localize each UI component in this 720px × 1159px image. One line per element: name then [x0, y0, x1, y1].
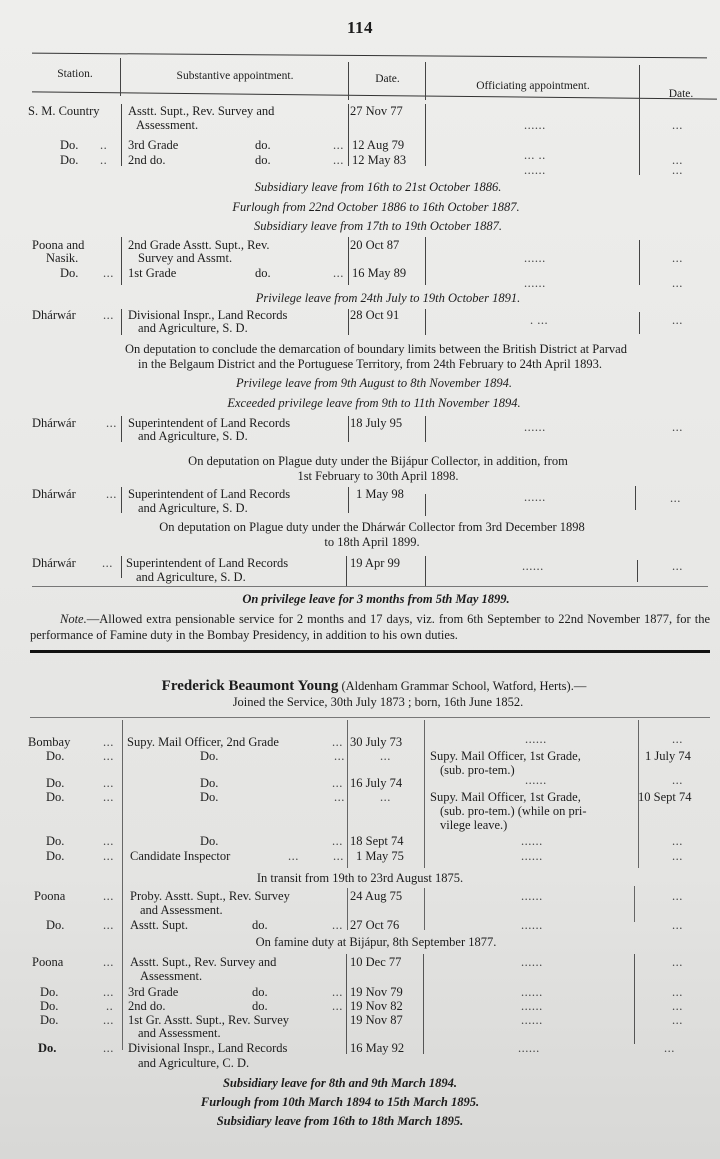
- document-page: 114 Station. Substantive appointment. Da…: [0, 0, 720, 1159]
- station-cell: Do.: [46, 849, 64, 864]
- off-date-cell: ...: [672, 918, 683, 933]
- officer-school: (Aldenham Grammar School, Watford, Herts…: [341, 679, 586, 693]
- officiating-cell: ......: [524, 163, 546, 178]
- substantive-cont: Assessment.: [136, 118, 198, 133]
- station-cell: Do.: [46, 918, 64, 933]
- ditto: Do.: [200, 749, 218, 764]
- date-cell: 19 Apr 99: [350, 556, 425, 571]
- ditto: do.: [252, 999, 268, 1014]
- substantive-cell: Asstt. Supt., Rev. Survey and: [130, 955, 350, 970]
- station-cont: Nasik.: [46, 251, 78, 266]
- off-date-cell: ...: [672, 985, 683, 1000]
- leave-line: Subsidiary leave from 16th to 18th March…: [0, 1114, 700, 1129]
- substantive-cont: and Agriculture, S. D.: [138, 321, 248, 336]
- substantive-cell: Asstt. Supt., Rev. Survey and: [128, 104, 348, 119]
- col-divider: [348, 62, 349, 100]
- rule: [30, 717, 710, 718]
- header-station: Station.: [30, 68, 120, 80]
- station-cell: Poona: [34, 889, 65, 904]
- date-cell: 16 July 74: [350, 776, 425, 791]
- col-divider: [425, 62, 426, 100]
- table-row-cont: and Agriculture, S. D.: [0, 321, 720, 336]
- substantive-cont: and Agriculture, S. D.: [136, 570, 246, 585]
- officiating-cell: ......: [521, 985, 543, 1000]
- note-paragraph: Note.—Allowed extra pensionable service …: [30, 611, 710, 643]
- officer-bio: Frederick Beaumont Young (Aldenham Gramm…: [14, 678, 720, 695]
- ditto: Do.: [200, 834, 218, 849]
- date-cell: ...: [380, 790, 391, 805]
- table-row-cont: Assessment.: [0, 969, 720, 984]
- table-row: Do. ... Do. ... ... Supy. Mail Officer, …: [0, 790, 720, 805]
- rule: [32, 586, 708, 587]
- table-row: Poona ... Proby. Asstt. Supt., Rev. Surv…: [0, 889, 720, 904]
- officiating-cell: Supy. Mail Officer, 1st Grade,: [430, 749, 581, 764]
- off-date-cell: ...: [672, 163, 683, 178]
- table-row-cont: and Assessment.: [0, 1026, 720, 1041]
- station-cell: Do.: [46, 790, 64, 805]
- header-top-rule: [32, 53, 707, 59]
- leader-dots: ...: [103, 849, 114, 864]
- table-row-cont: and Agriculture, C. D.: [0, 1056, 720, 1071]
- station-cell: Do.: [38, 1041, 56, 1056]
- station-cell: Bombay: [28, 735, 70, 750]
- header-officiating: Officiating appointment.: [428, 80, 638, 92]
- station-cell: Do.: [46, 749, 64, 764]
- leader-dots: ...: [333, 849, 344, 864]
- officiating-cont: vilege leave.): [440, 818, 507, 833]
- table-row-cont: vilege leave.): [0, 818, 720, 833]
- station-cell: Do.: [40, 999, 58, 1014]
- substantive-cont: and Agriculture, S. D.: [138, 501, 248, 516]
- officiating-cell: ......: [521, 999, 543, 1014]
- leader-dots: ...: [103, 1041, 114, 1056]
- officer-name: Frederick Beaumont Young: [162, 678, 339, 694]
- officiating-cell: ......: [525, 732, 547, 747]
- leader-dots: ...: [334, 790, 345, 805]
- table-row: Do. ... Divisional Inspr., Land Records …: [0, 1041, 720, 1056]
- date-cell: ...: [380, 749, 391, 764]
- substantive-cont: and Agriculture, S. D.: [138, 429, 248, 444]
- station-cell: Do.: [46, 776, 64, 791]
- table-row: Do. .. 2nd do. do. ... 19 Nov 82 ...... …: [0, 999, 720, 1014]
- officiating-cell: Supy. Mail Officer, 1st Grade,: [430, 790, 581, 805]
- leader-dots: ...: [103, 749, 114, 764]
- section-separator: [30, 650, 710, 653]
- officiating-cell: ......: [525, 773, 547, 788]
- leave-line: Exceeded privilege leave from 9th to 11t…: [14, 396, 720, 411]
- table-row-cont: Assessment. ...... ...: [0, 118, 720, 133]
- ditto: do.: [252, 918, 268, 933]
- date-cell: 10 Dec 77: [350, 955, 425, 970]
- leader-dots: ...: [103, 889, 114, 904]
- leader-dots: ...: [106, 487, 117, 502]
- leave-line: Subsidiary leave from 17th to 19th Octob…: [18, 219, 720, 234]
- table-row: Dhárwár ... Superintendent of Land Recor…: [0, 556, 720, 571]
- substantive-cell: Supy. Mail Officer, 2nd Grade: [127, 735, 279, 750]
- substantive-cell: Candidate Inspector: [130, 849, 230, 864]
- ditto: Do.: [200, 776, 218, 791]
- col-divider: [639, 65, 640, 105]
- off-date-cell: 10 Sept 74: [638, 790, 691, 805]
- off-date-cell: ...: [672, 773, 683, 788]
- header-bottom-rule: [32, 91, 717, 99]
- date-cell: 1 May 75: [356, 849, 431, 864]
- deputation-line: On deputation to conclude the demarcatio…: [16, 342, 720, 357]
- substantive-cont: and Assessment.: [138, 1026, 221, 1041]
- table-row-cont: and Agriculture, S. D.: [0, 429, 720, 444]
- table-row: Poona ... Asstt. Supt., Rev. Survey and …: [0, 955, 720, 970]
- deputation-line: 1st February to 30th April 1898.: [18, 469, 720, 484]
- deputation-line: On deputation on Plague duty under the D…: [12, 520, 720, 535]
- leave-line: On privilege leave for 3 months from 5th…: [16, 592, 720, 607]
- off-date-cell: ...: [672, 732, 683, 747]
- substantive-cont: and Assessment.: [140, 903, 223, 918]
- table-row: Do. ... 3rd Grade do. ... 19 Nov 79 ....…: [0, 985, 720, 1000]
- officiating-cell: ......: [524, 276, 546, 291]
- leave-line: Privilege leave from 9th August to 8th N…: [14, 376, 720, 391]
- substantive-cell: Superintendent of Land Records: [128, 487, 348, 502]
- substantive-cont: Assessment.: [140, 969, 202, 984]
- station-cell: Dhárwár: [32, 487, 76, 502]
- off-date-cell: ...: [672, 999, 683, 1014]
- col-divider: [120, 58, 121, 96]
- date-cell: 30 July 73: [350, 735, 425, 750]
- leave-line: Subsidiary leave from 16th to 21st Octob…: [18, 180, 720, 195]
- leader-dots: ...: [103, 985, 114, 1000]
- leader-dots: ...: [332, 735, 343, 750]
- officiating-cell: ......: [524, 118, 546, 133]
- leader-dots: ...: [103, 918, 114, 933]
- leader-dots: ...: [332, 999, 343, 1014]
- leave-line: Furlough from 22nd October 1886 to 16th …: [16, 200, 720, 215]
- leader-dots: ...: [103, 955, 114, 970]
- officiating-cell: ......: [521, 834, 543, 849]
- leader-dots: ...: [332, 918, 343, 933]
- leader-dots: ...: [332, 834, 343, 849]
- page-number: 114: [0, 18, 720, 38]
- date-cell: 18 Sept 74: [350, 834, 425, 849]
- table-row-cont: Nasik. Survey and Assmt. ...... ...: [0, 251, 720, 266]
- station-cell: Dhárwár: [32, 556, 76, 571]
- substantive-cell: Asstt. Supt.: [130, 918, 188, 933]
- off-date-cell: 1 July 74: [645, 749, 691, 764]
- off-date-cell: ...: [672, 834, 683, 849]
- deputation-line: in the Belgaum District and the Portugue…: [10, 357, 720, 372]
- header-off-date: Date.: [642, 88, 720, 100]
- leave-line: Privilege leave from 24th July to 19th O…: [28, 291, 720, 306]
- officiating-cell: ......: [521, 918, 543, 933]
- leave-line: Furlough from 10th March 1894 to 15th Ma…: [0, 1095, 700, 1110]
- date-cell: 27 Nov 77: [350, 104, 425, 119]
- table-row-cont: and Agriculture, S. D.: [0, 501, 720, 516]
- table-row: Do. ... Do. ... ... Supy. Mail Officer, …: [0, 749, 720, 764]
- date-cell: 19 Nov 79: [350, 985, 425, 1000]
- leader-dots: ...: [103, 790, 114, 805]
- table-row: Do. ... Do. ... 18 Sept 74 ...... ...: [0, 834, 720, 849]
- officiating-line: ...... ...: [0, 163, 720, 178]
- date-cell: 1 May 98: [356, 487, 431, 502]
- off-date-cell: ...: [672, 849, 683, 864]
- off-date-cell: ...: [664, 1041, 675, 1056]
- station-cell: Do.: [40, 985, 58, 1000]
- ditto: Do.: [200, 790, 218, 805]
- table-row: Do. ... Asstt. Supt. do. ... 27 Oct 76 .…: [0, 918, 720, 933]
- table-row-cont: and Assessment.: [0, 903, 720, 918]
- officiating-cell: ......: [521, 849, 543, 864]
- officiating-cell: ......: [524, 251, 546, 266]
- date-cell: 16 May 92: [350, 1041, 425, 1056]
- date-cell: 27 Oct 76: [350, 918, 425, 933]
- substantive-cell: Proby. Asstt. Supt., Rev. Survey: [130, 889, 290, 904]
- table-row: Do. ... Do. ... 16 July 74 ...... ...: [0, 776, 720, 791]
- leader-dots: ...: [102, 556, 113, 571]
- officiating-cell: ......: [518, 1041, 540, 1056]
- leader-dots: ...: [332, 776, 343, 791]
- deputation-line: to 18th April 1899.: [12, 535, 720, 550]
- substantive-cell: 2nd do.: [128, 999, 166, 1014]
- note-text: —Allowed extra pensionable service for 2…: [30, 612, 710, 642]
- off-date-cell: ...: [672, 889, 683, 904]
- date-cell: 19 Nov 82: [350, 999, 425, 1014]
- note-label: Note.: [60, 612, 87, 626]
- officiating-cont: (sub. pro-tem.) (while on pri-: [440, 804, 587, 819]
- leader-dots: ...: [332, 985, 343, 1000]
- off-date-cell: ...: [672, 276, 683, 291]
- officer-joined: Joined the Service, 30th July 1873 ; bor…: [18, 695, 720, 710]
- off-date-cell: ...: [672, 118, 683, 133]
- leader-dots: ..: [106, 999, 113, 1014]
- date-cell: 24 Aug 75: [350, 889, 425, 904]
- leader-dots: ...: [103, 776, 114, 791]
- officiating-line: ...... ...: [0, 276, 720, 291]
- famine-line: On famine duty at Bijápur, 8th September…: [16, 935, 720, 950]
- off-date-cell: ...: [672, 955, 683, 970]
- header-substantive: Substantive appointment.: [122, 70, 348, 82]
- leader-dots: ...: [103, 834, 114, 849]
- substantive-cell: Superintendent of Land Records: [126, 556, 288, 571]
- leader-dots: ...: [288, 849, 299, 864]
- substantive-cont: Survey and Assmt.: [138, 251, 232, 266]
- table-row: Dhárwár ... Superintendent of Land Recor…: [0, 487, 720, 502]
- substantive-cont: and Agriculture, C. D.: [138, 1056, 249, 1071]
- station-cell: S. M. Country: [28, 104, 120, 119]
- officiating-cell: ......: [521, 955, 543, 970]
- header-date: Date.: [350, 73, 425, 85]
- leave-line: Subsidiary leave for 8th and 9th March 1…: [0, 1076, 700, 1091]
- ditto: do.: [252, 985, 268, 1000]
- table-row-cont: and Agriculture, S. D.: [0, 570, 720, 585]
- substantive-cell: Divisional Inspr., Land Records: [128, 1041, 287, 1056]
- off-date-cell: ...: [672, 251, 683, 266]
- station-cell: Do.: [46, 834, 64, 849]
- station-cell: Poona: [32, 955, 63, 970]
- table-row: Do. ... Candidate Inspector ... ... 1 Ma…: [0, 849, 720, 864]
- leader-dots: ...: [103, 735, 114, 750]
- officiating-cell: ......: [521, 889, 543, 904]
- deputation-line: On deputation on Plague duty under the B…: [18, 454, 720, 469]
- table-row-cont: (sub. pro-tem.) (while on pri-: [0, 804, 720, 819]
- leader-dots: ...: [334, 749, 345, 764]
- substantive-cell: 3rd Grade: [128, 985, 178, 1000]
- table-row: S. M. Country Asstt. Supt., Rev. Survey …: [0, 104, 720, 119]
- table-row: Bombay ... Supy. Mail Officer, 2nd Grade…: [0, 735, 720, 750]
- transit-line: In transit from 19th to 23rd August 1875…: [0, 871, 720, 886]
